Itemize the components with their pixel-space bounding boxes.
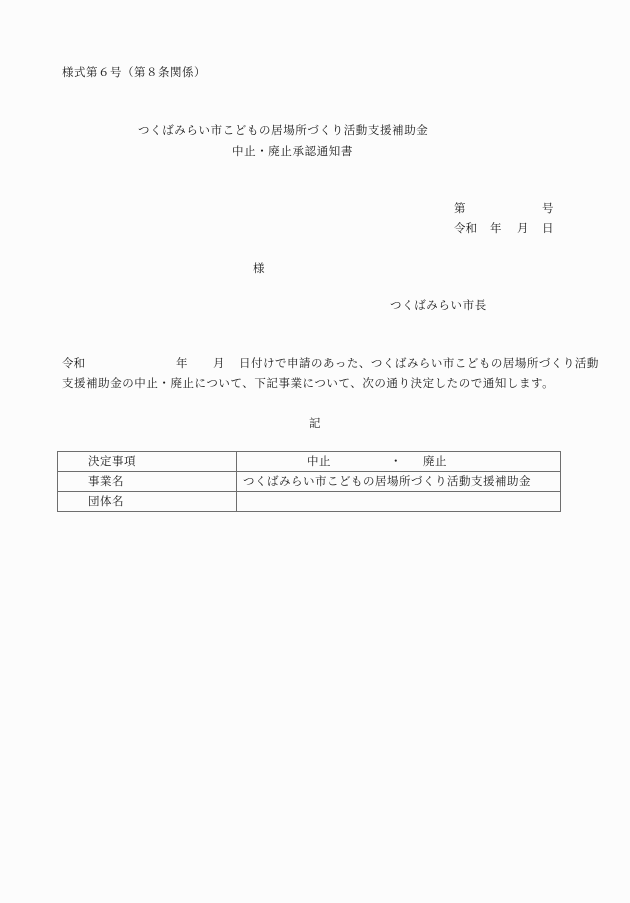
document-number-suffix: 号 bbox=[542, 203, 554, 215]
body-date-era: 令和 bbox=[62, 358, 85, 370]
document-title-line1: つくばみらい市こどもの居場所づくり活動支援補助金 bbox=[138, 125, 428, 137]
date-era: 令和 bbox=[454, 223, 477, 235]
table-row-decision: 決定事項 中止 ・ 廃止 bbox=[58, 452, 561, 472]
decision-value: 中止 ・ 廃止 bbox=[237, 452, 561, 472]
table-row-project-name: 事業名 つくばみらい市こどもの居場所づくり活動支援補助金 bbox=[58, 472, 561, 492]
decision-separator: ・ bbox=[390, 456, 402, 468]
ki-heading: 記 bbox=[309, 418, 321, 430]
decision-option-cancel: 中止 bbox=[307, 456, 331, 468]
table-row-organization-name: 団体名 bbox=[58, 492, 561, 512]
organization-name-value[interactable] bbox=[237, 492, 561, 512]
date-year-label: 年 bbox=[490, 223, 502, 235]
document-number-prefix: 第 bbox=[454, 203, 466, 215]
decision-option-abolish: 廃止 bbox=[423, 456, 447, 468]
document-number: 第 号 bbox=[454, 203, 554, 217]
project-name-label: 事業名 bbox=[58, 472, 237, 492]
body-text-line1: 令和 年 月 日付けで申請のあった、つくばみらい市こどもの居場所づくり活動 bbox=[62, 358, 572, 372]
body-date-year-label: 年 bbox=[176, 358, 188, 370]
form-number: 様式第６号（第８条関係） bbox=[62, 67, 206, 79]
decision-label: 決定事項 bbox=[58, 452, 237, 472]
body-text-line2: 支援補助金の中止・廃止について、下記事業について、次の通り決定したので通知します… bbox=[62, 378, 554, 390]
issuer-name: つくばみらい市長 bbox=[390, 300, 487, 312]
recipient-honorific: 様 bbox=[253, 263, 265, 275]
date-month-label: 月 bbox=[517, 223, 529, 235]
organization-name-label: 団体名 bbox=[58, 492, 237, 512]
body-text-line1-rest: 日付けで申請のあった、つくばみらい市こどもの居場所づくり活動 bbox=[239, 358, 599, 370]
details-table: 決定事項 中止 ・ 廃止 事業名 つくばみらい市こどもの居場所づくり活動支援補助… bbox=[57, 451, 561, 512]
project-name-value: つくばみらい市こどもの居場所づくり活動支援補助金 bbox=[237, 472, 561, 492]
date-day-label: 日 bbox=[542, 223, 554, 235]
document-date: 令和 年 月 日 bbox=[454, 223, 564, 237]
body-date-month-label: 月 bbox=[213, 358, 225, 370]
document-title-line2: 中止・廃止承認通知書 bbox=[232, 146, 353, 158]
